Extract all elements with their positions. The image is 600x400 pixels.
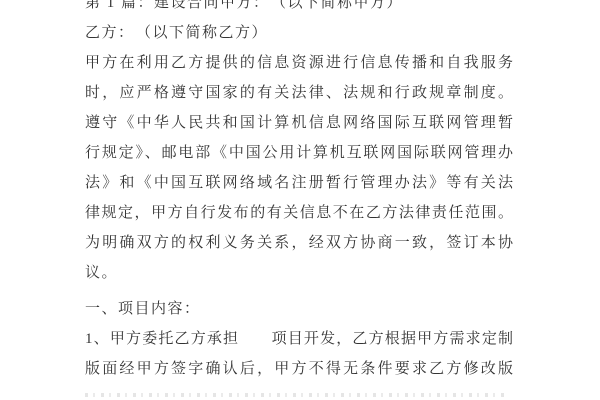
- text-line-2-party-b: 乙方： （以下简称乙方）: [85, 18, 513, 48]
- text-line-13: 版面经甲方签字确认后，甲方不得无条件要求乙方修改版: [85, 354, 513, 384]
- text-line-6: 行规定》、邮电部《中国公用计算机互联网国际联网管理办: [85, 138, 513, 168]
- document-page: 第 1 篇：建设合同甲方： （以下简称甲方） 乙方： （以下简称乙方） 甲方在利…: [0, 0, 600, 400]
- text-line-9: 为明确双方的权利义务关系，经双方协商一致，签订本协: [85, 228, 513, 258]
- text-line-1-title-partially-clipped: 第 1 篇：建设合同甲方： （以下简称甲方）: [85, 0, 513, 18]
- text-line-7: 法》和《中国互联网络域名注册暂行管理办法》等有关法: [85, 168, 513, 198]
- text-line-3: 甲方在利用乙方提供的信息资源进行信息传播和自我服务: [85, 48, 513, 78]
- contract-text-block: 第 1 篇：建设合同甲方： （以下简称甲方） 乙方： （以下简称乙方） 甲方在利…: [85, 0, 513, 384]
- text-line-11-section-heading: 一、项目内容：: [85, 294, 513, 324]
- text-line-5: 遵守《中华人民共和国计算机信息网络国际互联网管理暂: [85, 108, 513, 138]
- text-line-10: 议。: [85, 258, 513, 288]
- text-line-8: 律规定，甲方自行发布的有关信息不在乙方法律责任范围。: [85, 198, 513, 228]
- text-line-4: 时，应严格遵守国家的有关法律、法规和行政规章制度。: [85, 78, 513, 108]
- text-line-12-clause-1: 1、甲方委托乙方承担 项目开发，乙方根据甲方需求定制: [85, 324, 513, 354]
- clipped-bottom-text-line: [85, 393, 505, 397]
